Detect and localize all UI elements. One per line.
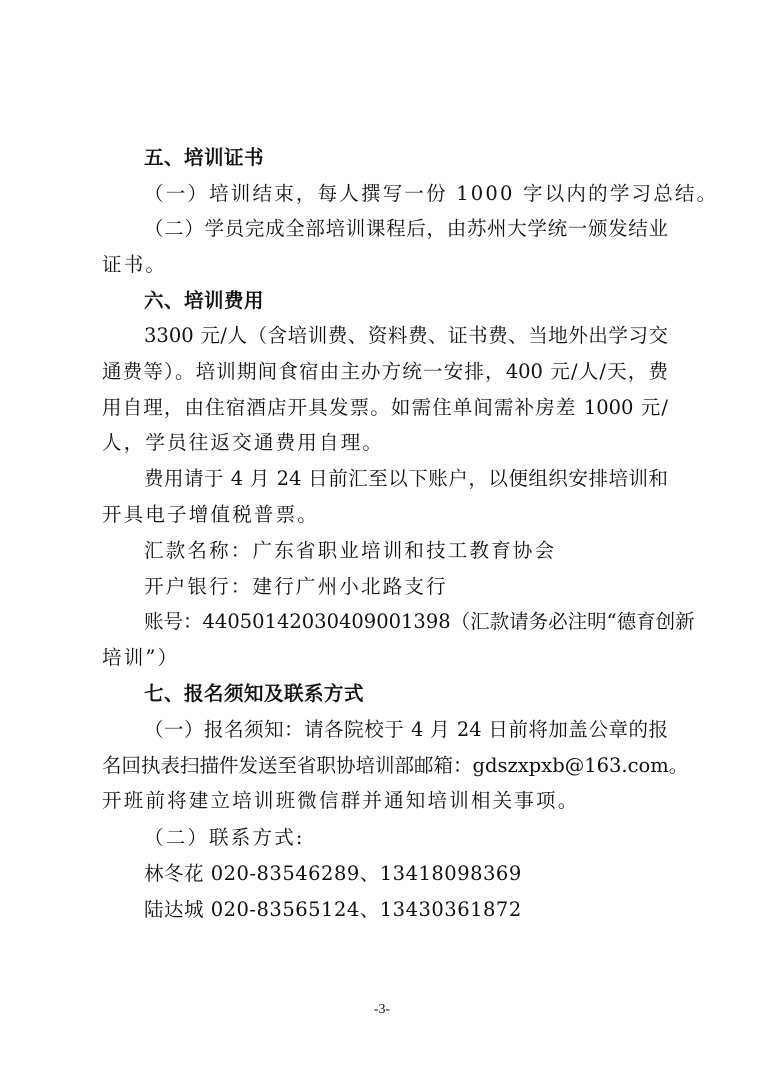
page-number: -3- (0, 1002, 764, 1018)
document-page: 五、培训证书 （一）培训结束，每人撰写一份 1000 字以内的学习总结。 （二）… (0, 0, 764, 1080)
section-7-line-1: （一）报名须知：请各院校于 4 月 24 日前将加盖公章的报 (144, 718, 668, 742)
section-6-line-6: 开具电子增值税普票。 (102, 503, 668, 527)
section-6-line-5: 费用请于 4 月 24 日前汇至以下账户，以便组织安排培训和 (144, 467, 668, 491)
section-7-heading: 七、报名须知及联系方式 (144, 682, 668, 706)
contact-2: 陆达城 020-83565124、13430361872 (144, 898, 668, 922)
section-7-line-2: 名回执表扫描件发送至省职协培训部邮箱：gdszxpxb@163.com。 (102, 754, 668, 778)
bank-name: 开户银行：建行广州小北路支行 (144, 575, 668, 599)
section-5-item-2: （二）学员完成全部培训课程后，由苏州大学统一颁发结业 (144, 217, 668, 241)
contact-heading: （二）联系方式: (144, 826, 668, 850)
account-number: 账号：44050142030409001398（汇款请务必注明“德育创新 (144, 610, 668, 634)
account-number-cont: 培训”） (102, 646, 668, 670)
section-5-item-1: （一）培训结束，每人撰写一份 1000 字以内的学习总结。 (144, 182, 668, 206)
section-7-line-3: 开班前将建立培训班微信群并通知培训相关事项。 (102, 789, 668, 813)
section-6-line-1: 3300 元/人（含培训费、资料费、证书费、当地外出学习交 (144, 324, 668, 348)
contact-1: 林冬花 020-83546289、13418098369 (144, 862, 668, 886)
remittance-name: 汇款名称：广东省职业培训和技工教育协会 (144, 539, 668, 563)
section-6-heading: 六、培训费用 (144, 289, 668, 313)
section-6-line-2: 通费等）。培训期间食宿由主办方统一安排，400 元/人/天，费 (102, 360, 668, 384)
section-6-line-3: 用自理，由住宿酒店开具发票。如需住单间需补房差 1000 元/ (102, 396, 668, 420)
section-5-item-2-cont: 证书。 (102, 253, 668, 277)
section-5-heading: 五、培训证书 (144, 146, 668, 170)
section-6-line-4: 人，学员往返交通费用自理。 (102, 431, 668, 455)
